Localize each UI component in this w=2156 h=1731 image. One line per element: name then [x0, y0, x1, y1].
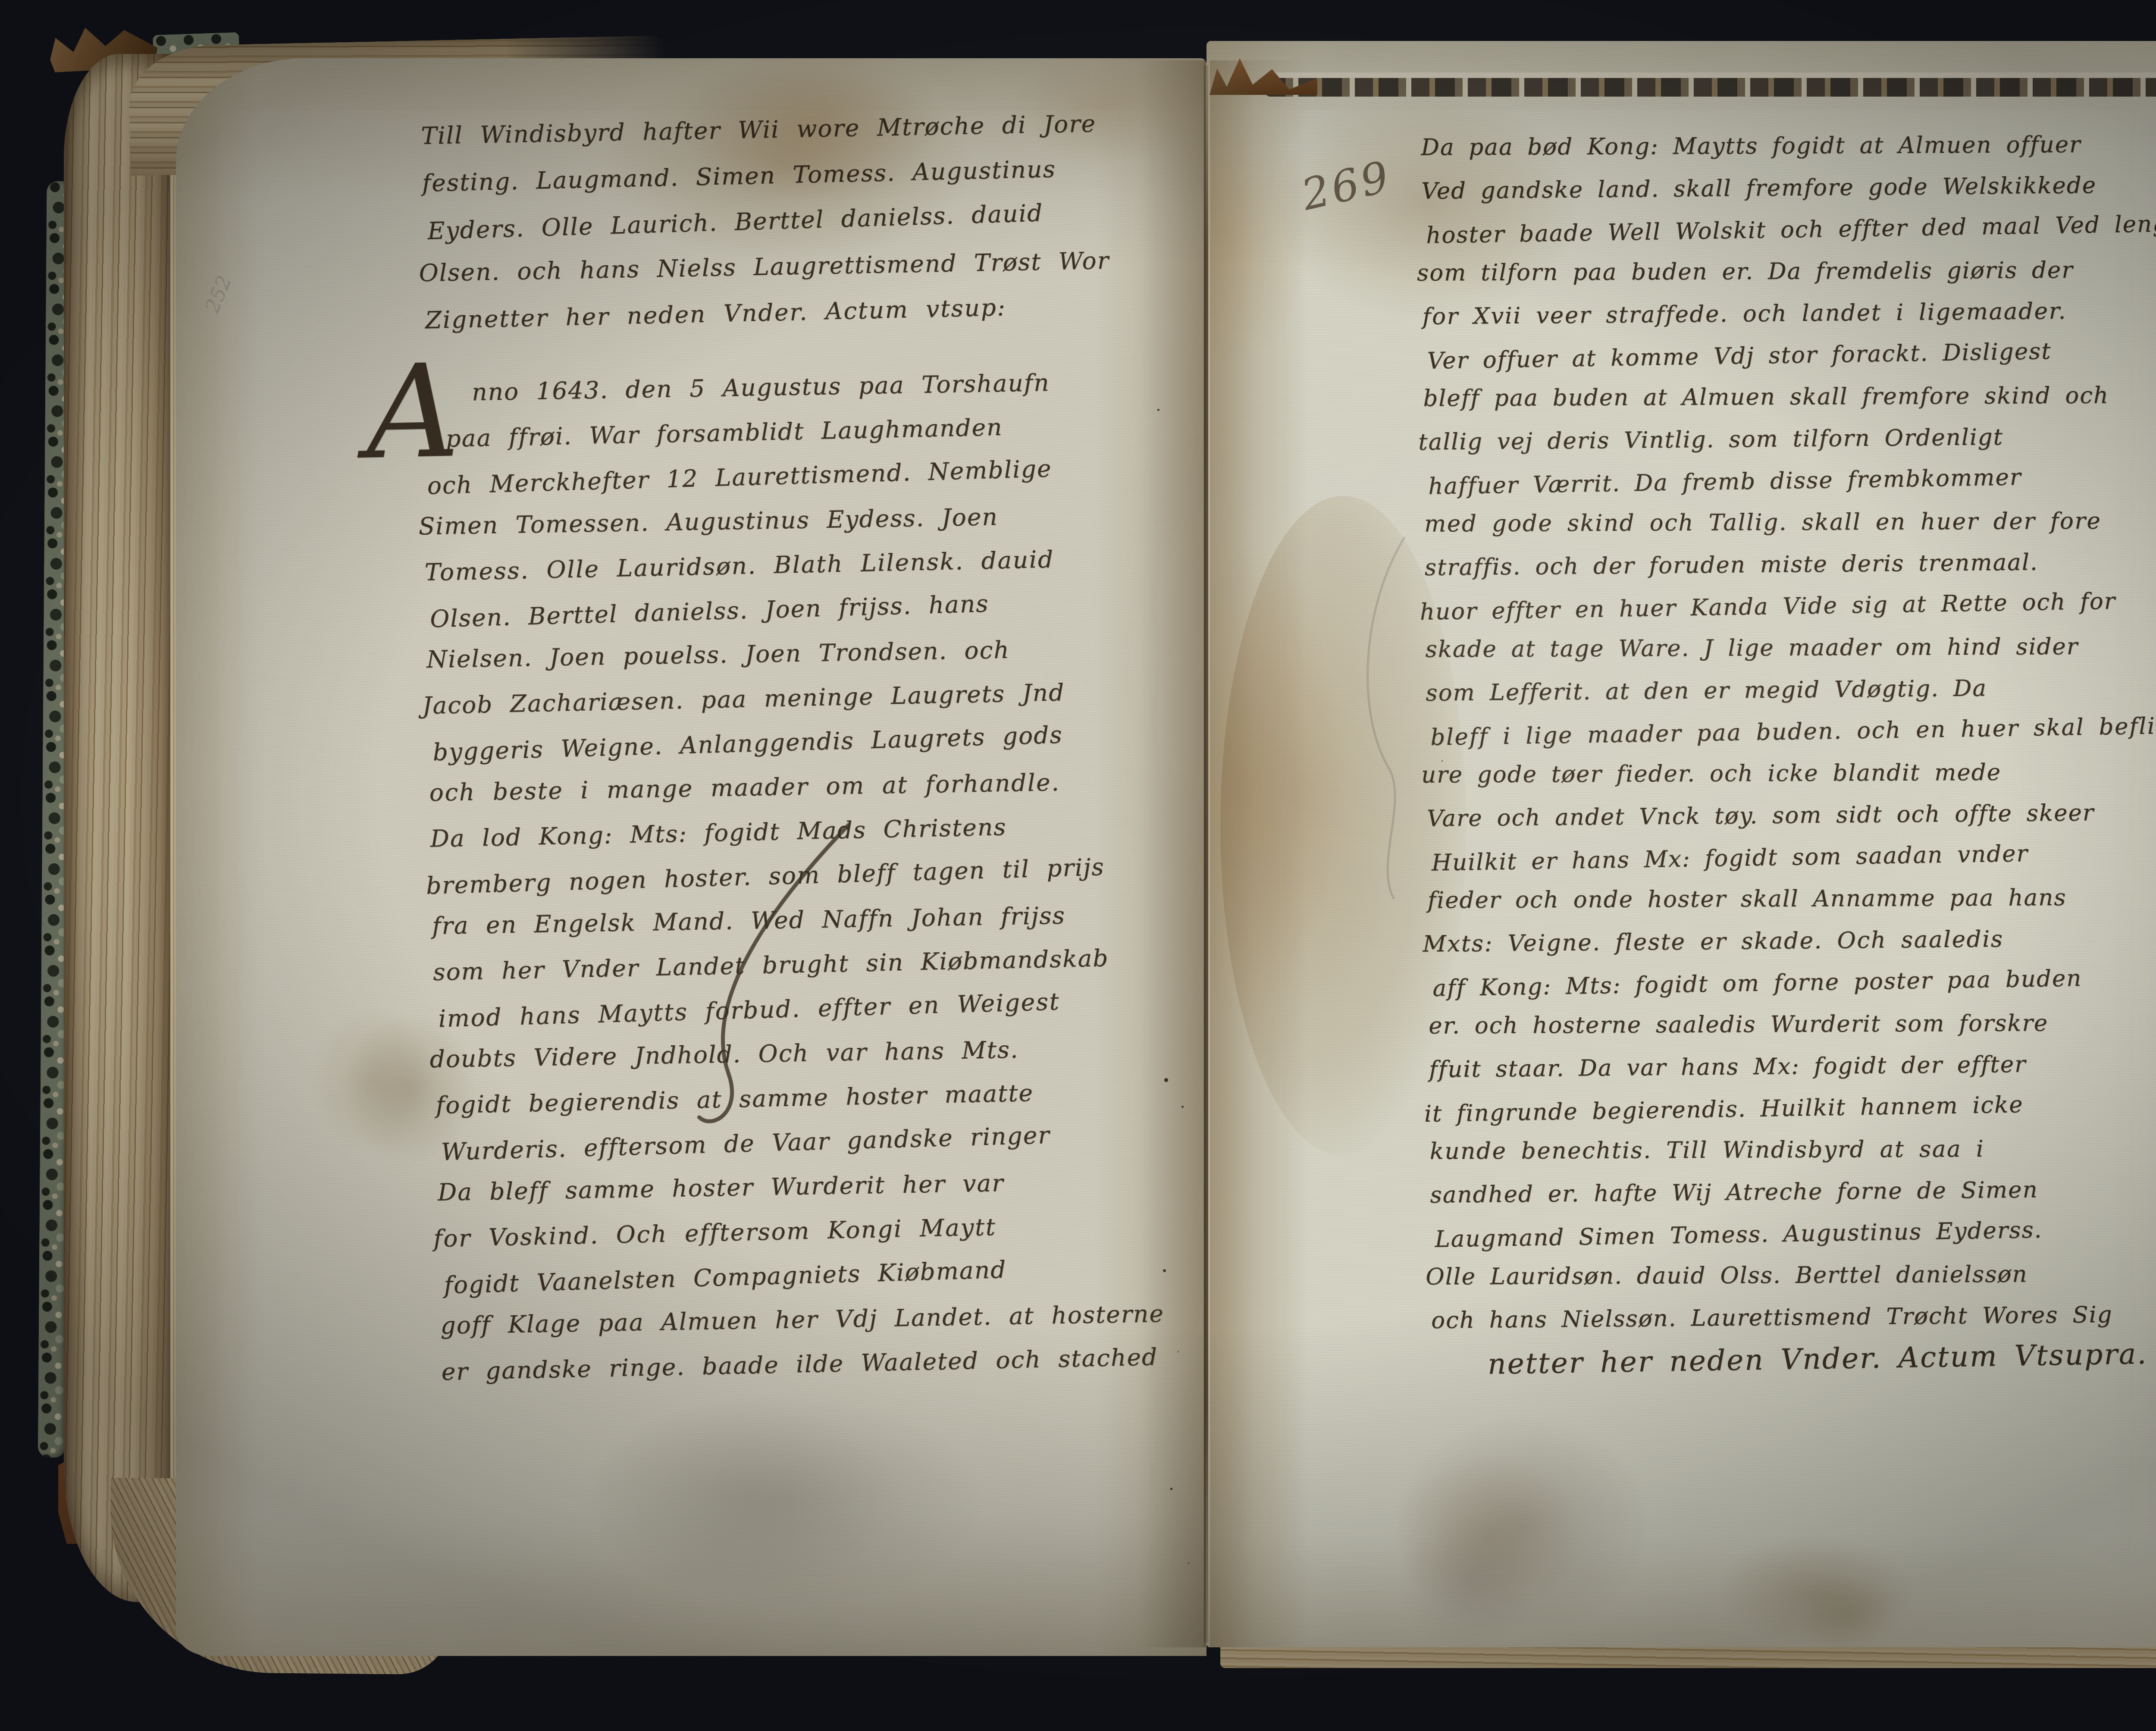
manuscript-line: bleff paa buden at Almuen skall fremfore…: [1423, 374, 2156, 420]
photo-dark-backdrop: { "scene": { "description": "Photograph …: [0, 0, 2156, 1731]
left-page-closing-lines: Till Windisbyrd hafter Wii wore Mtrøche …: [420, 99, 1111, 343]
gutter-fold-line: [1204, 65, 1208, 1643]
manuscript-line: som tilforn paa buden er. Da fremdelis g…: [1417, 249, 2156, 294]
manuscript-line: Olle Lauridsøn. dauid Olss. Berttel dani…: [1426, 1253, 2156, 1298]
manuscript-line: er. och hosterne saaledis Wurderit som f…: [1429, 1002, 2156, 1047]
manuscript-line: skade at tage Ware. J lige maader om hin…: [1425, 625, 2156, 671]
manuscript-line: Da paa bød Kong: Maytts fogidt at Almuen…: [1421, 123, 2156, 169]
right-page-entry-lines: Da paa bød Kong: Maytts fogidt at Almuen…: [1421, 122, 2156, 1383]
left-page-entry-lines: nno 1643. den 5 Augustus paa Torshaufnpa…: [420, 357, 1166, 1394]
manuscript-line: fieder och onde hoster skall Annamme paa…: [1427, 876, 2156, 922]
gutter-shadow-right: [1210, 60, 1309, 1647]
pencil-margin-bracket: [1349, 528, 1422, 908]
manuscript-line: ure gode tøer fieder. och icke blandit m…: [1421, 751, 2156, 796]
torn-top-edge: [1266, 72, 2156, 97]
fore-edge-stack-left: [64, 54, 174, 1602]
manuscript-line: kunde benechtis. Till Windisbyrd at saa …: [1430, 1127, 2156, 1173]
ink-specks: [1164, 1078, 1168, 1082]
manuscript-line: med gode skind och Tallig. skall en huer…: [1424, 500, 2156, 545]
